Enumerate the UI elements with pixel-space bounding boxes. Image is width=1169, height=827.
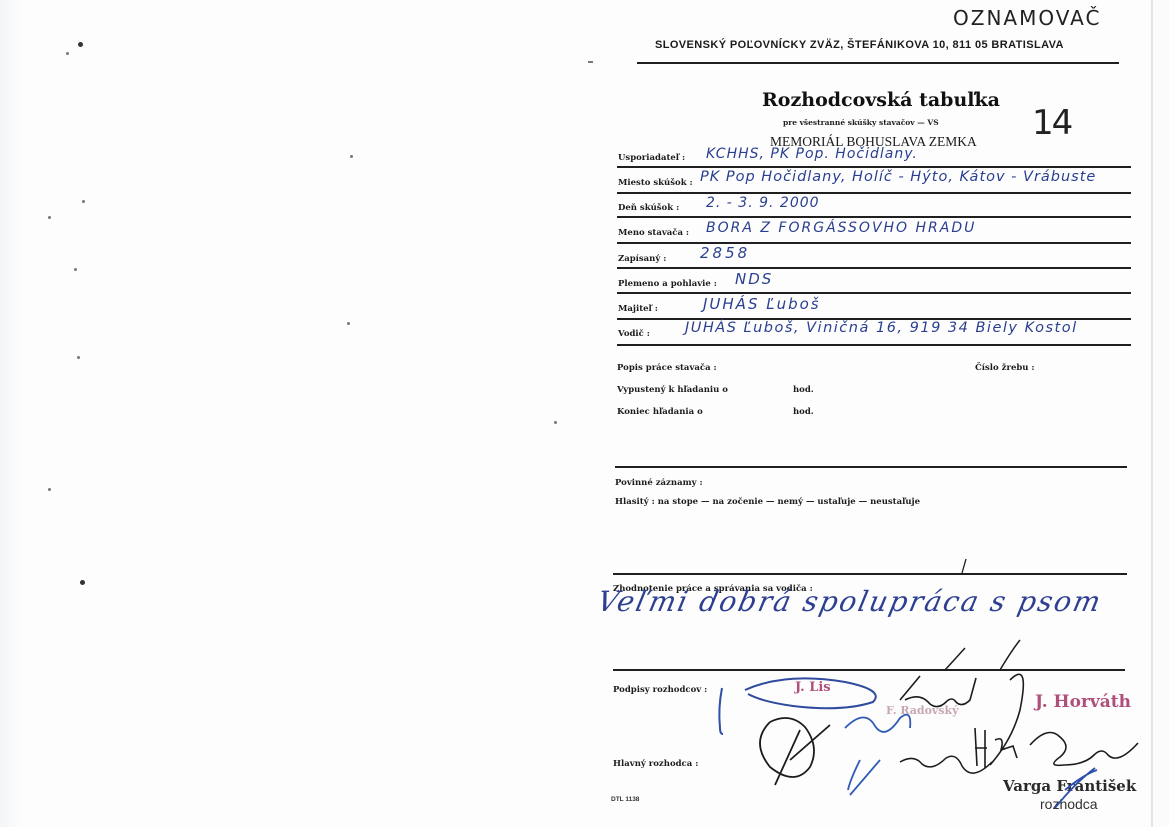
head-judge-stamp-role: rozhodca: [1040, 796, 1098, 812]
form-title: Rozhodcovská tabuľka: [762, 89, 1000, 111]
scan-speck: [350, 155, 353, 158]
end-label: Koniec hľadania o: [617, 407, 703, 417]
sheet-number: 14: [1032, 103, 1071, 143]
field-line: [617, 344, 1131, 346]
field-line: [617, 242, 1131, 244]
judge-stamp-radovsky: F. Radovský: [886, 704, 959, 717]
field-value[interactable]: 2858: [700, 244, 750, 262]
mandatory-label: Povinné záznamy :: [615, 478, 703, 488]
field-line: [617, 267, 1131, 269]
field-label: Meno stavača :: [618, 228, 689, 238]
field-value[interactable]: KCHHS, PK Pop. Hočidlany.: [706, 146, 918, 162]
head-judge-stamp-name: Varga František: [1003, 777, 1136, 795]
scan-edge-left: [0, 0, 22, 827]
scan-speck: [588, 61, 593, 63]
scan-edge-right: [1151, 0, 1169, 827]
evaluation-value[interactable]: Veľmi dobrá spolupráca s psom: [594, 585, 1105, 618]
scan-speck: [66, 52, 69, 55]
header-divider: [637, 62, 1119, 64]
head-judge-label: Hlavný rozhodca :: [613, 759, 698, 769]
field-value[interactable]: PK Pop Hočidlany, Holíč - Hýto, Kátov - …: [700, 169, 1096, 185]
evaluation-divider: [613, 669, 1125, 671]
end-unit: hod.: [793, 407, 814, 417]
judges-signatures-label: Podpisy rozhodcov :: [613, 685, 707, 695]
field-line: [617, 166, 1131, 168]
barking-options: Hlasitý : na stope — na zočenie — nemý —…: [615, 497, 920, 507]
scan-speck: [347, 322, 350, 325]
field-value[interactable]: JUHÁS Ľuboš, Viničná 16, 919 34 Biely Ko…: [685, 320, 1078, 336]
field-label: Usporiadateľ :: [618, 153, 685, 163]
role-annotation: OZNAMOVAČ: [953, 6, 1101, 30]
handwritten-signatures: [0, 0, 1169, 827]
draw-number-label: Číslo žrebu :: [975, 363, 1035, 373]
field-label: Zapísaný :: [618, 254, 666, 264]
scan-speck: [77, 356, 80, 359]
released-unit: hod.: [793, 385, 814, 395]
scan-speck: [74, 268, 77, 271]
scan-speck: [554, 421, 557, 424]
form-subtitle: pre všestranné skúšky stavačov — VS: [783, 118, 939, 127]
field-label: Vodič :: [618, 329, 650, 339]
work-divider: [615, 466, 1127, 468]
field-value[interactable]: NDS: [735, 270, 773, 288]
field-value[interactable]: 2. - 3. 9. 2000: [706, 195, 820, 211]
scan-speck: [78, 42, 83, 47]
field-line: [617, 216, 1131, 218]
field-value[interactable]: BORA Z FORGÁSSOVHO HRADU: [706, 220, 976, 236]
field-label: Plemeno a pohlavie :: [618, 279, 717, 289]
field-label: Miesto skúšok :: [618, 178, 693, 188]
signature-stroke: [719, 688, 723, 734]
scan-speck: [80, 580, 85, 585]
scan-speck: [82, 200, 85, 203]
scan-speck: [48, 488, 51, 491]
organization-header: SLOVENSKÝ POĽOVNÍCKY ZVÄZ, ŠTEFÁNIKOVA 1…: [655, 39, 1064, 51]
field-label: Majiteľ :: [618, 304, 658, 314]
description-label: Popis práce stavača :: [617, 363, 717, 373]
field-label: Deň skúšok :: [618, 203, 679, 213]
mandatory-divider: [613, 573, 1127, 575]
form-code: DTL 1138: [611, 796, 639, 803]
judge-stamp-lis: J. Lis: [795, 680, 831, 695]
released-label: Vypustený k hľadaniu o: [617, 385, 728, 395]
field-line: [617, 292, 1131, 294]
field-line: [617, 192, 1131, 194]
judge-stamp-horvath: J. Horváth: [1035, 692, 1131, 712]
field-value[interactable]: JUHÁS Ľuboš: [703, 295, 821, 313]
scan-speck: [48, 216, 51, 219]
